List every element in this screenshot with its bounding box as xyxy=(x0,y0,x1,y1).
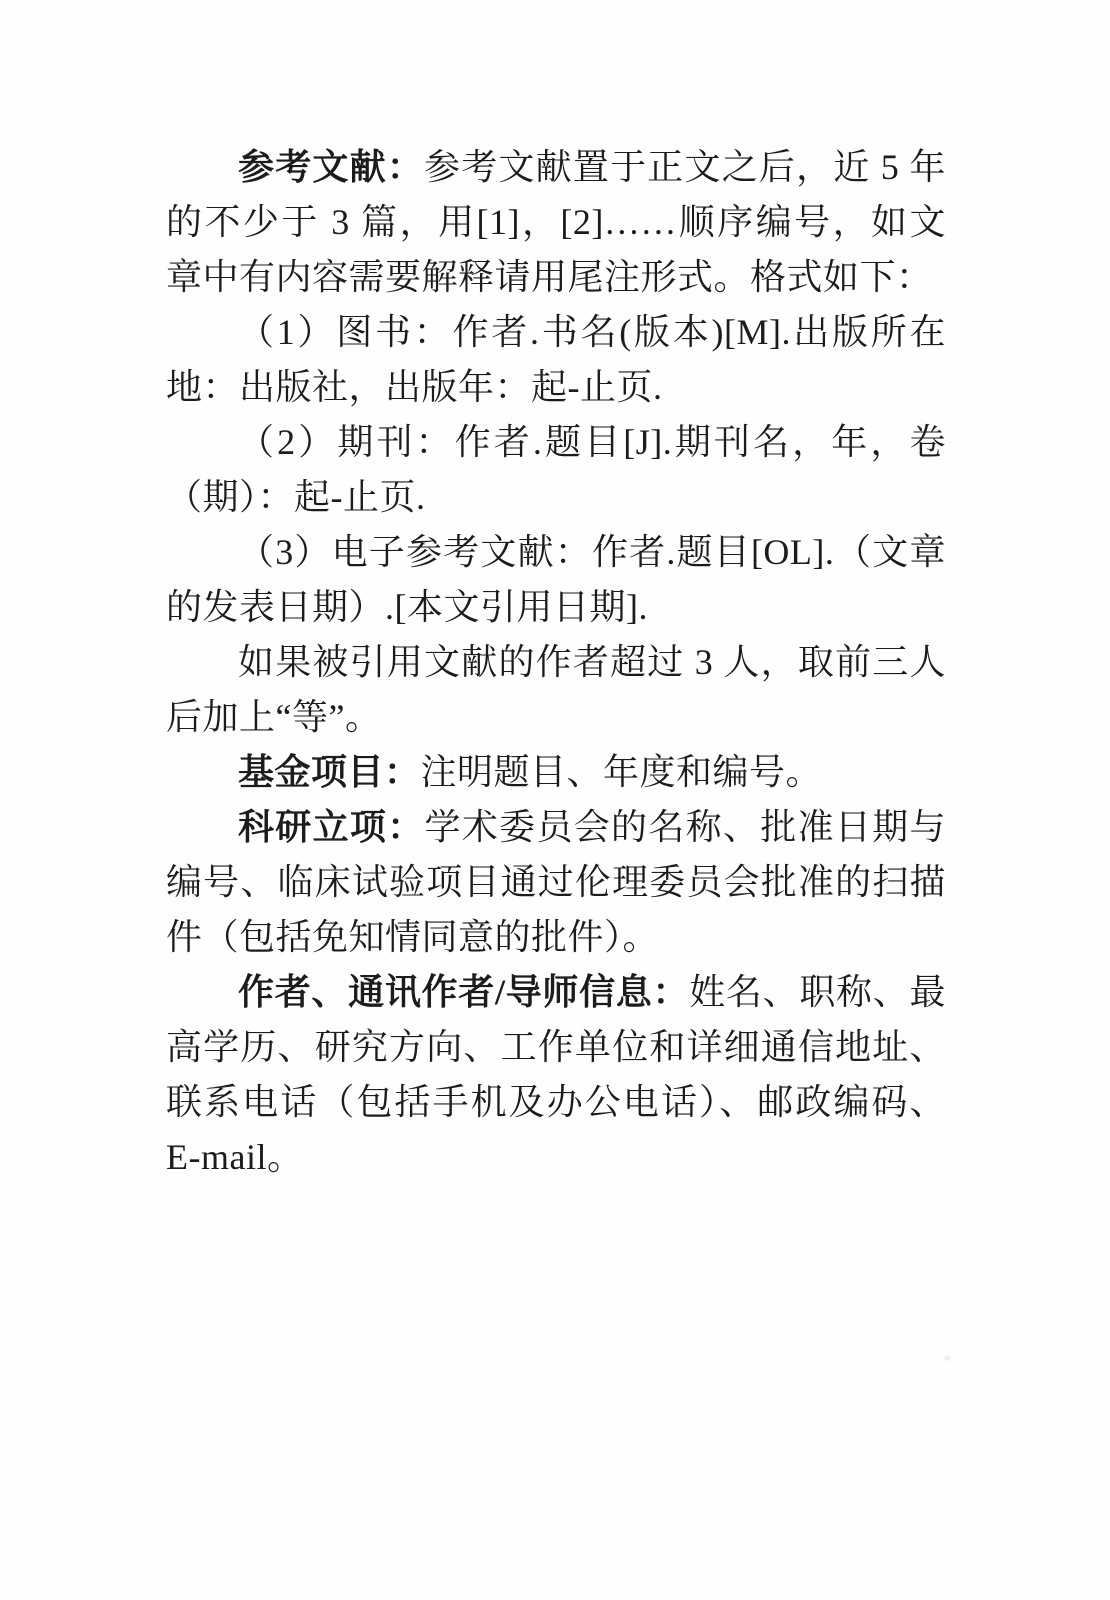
fund-project-text: 注明题目、年度和编号。 xyxy=(421,752,823,792)
paragraph-author-info: 作者、通讯作者/导师信息：姓名、职称、最高学历、研究方向、工作单位和详细通信地址… xyxy=(166,965,946,1185)
paragraph-electronic-format: （3）电子参考文献：作者.题目[OL].（文章的发表日期）.[本文引用日期]. xyxy=(166,525,946,635)
paragraph-journal-format: （2）期刊：作者.题目[J].期刊名，年，卷（期）：起-止页. xyxy=(166,415,946,525)
book-format-text: （1）图书：作者.书名(版本)[M].出版所在地：出版社，出版年：起-止页. xyxy=(166,312,946,407)
paragraph-author-limit-rule: 如果被引用文献的作者超过 3 人，取前三人后加上“等”。 xyxy=(166,635,946,745)
author-info-label: 作者、通讯作者/导师信息： xyxy=(238,972,689,1012)
journal-format-text: （2）期刊：作者.题目[J].期刊名，年，卷（期）：起-止页. xyxy=(166,422,946,517)
paragraph-fund-project: 基金项目：注明题目、年度和编号。 xyxy=(166,745,946,800)
paragraph-references: 参考文献：参考文献置于正文之后，近 5 年的不少于 3 篇，用[1]，[2]……… xyxy=(166,140,946,305)
references-label: 参考文献： xyxy=(238,147,424,187)
paragraph-book-format: （1）图书：作者.书名(版本)[M].出版所在地：出版社，出版年：起-止页. xyxy=(166,305,946,415)
author-limit-text: 如果被引用文献的作者超过 3 人，取前三人后加上“等”。 xyxy=(166,642,946,737)
document-body: 参考文献：参考文献置于正文之后，近 5 年的不少于 3 篇，用[1]，[2]……… xyxy=(166,140,946,1185)
scanned-document-page: 参考文献：参考文献置于正文之后，近 5 年的不少于 3 篇，用[1]，[2]……… xyxy=(0,0,1110,1600)
paragraph-research-approval: 科研立项：学术委员会的名称、批准日期与编号、临床试验项目通过伦理委员会批准的扫描… xyxy=(166,800,946,965)
research-approval-label: 科研立项： xyxy=(238,807,425,847)
scan-speckle-artifact xyxy=(944,1355,951,1361)
electronic-format-text: （3）电子参考文献：作者.题目[OL].（文章的发表日期）.[本文引用日期]. xyxy=(166,532,946,627)
fund-project-label: 基金项目： xyxy=(238,752,421,792)
